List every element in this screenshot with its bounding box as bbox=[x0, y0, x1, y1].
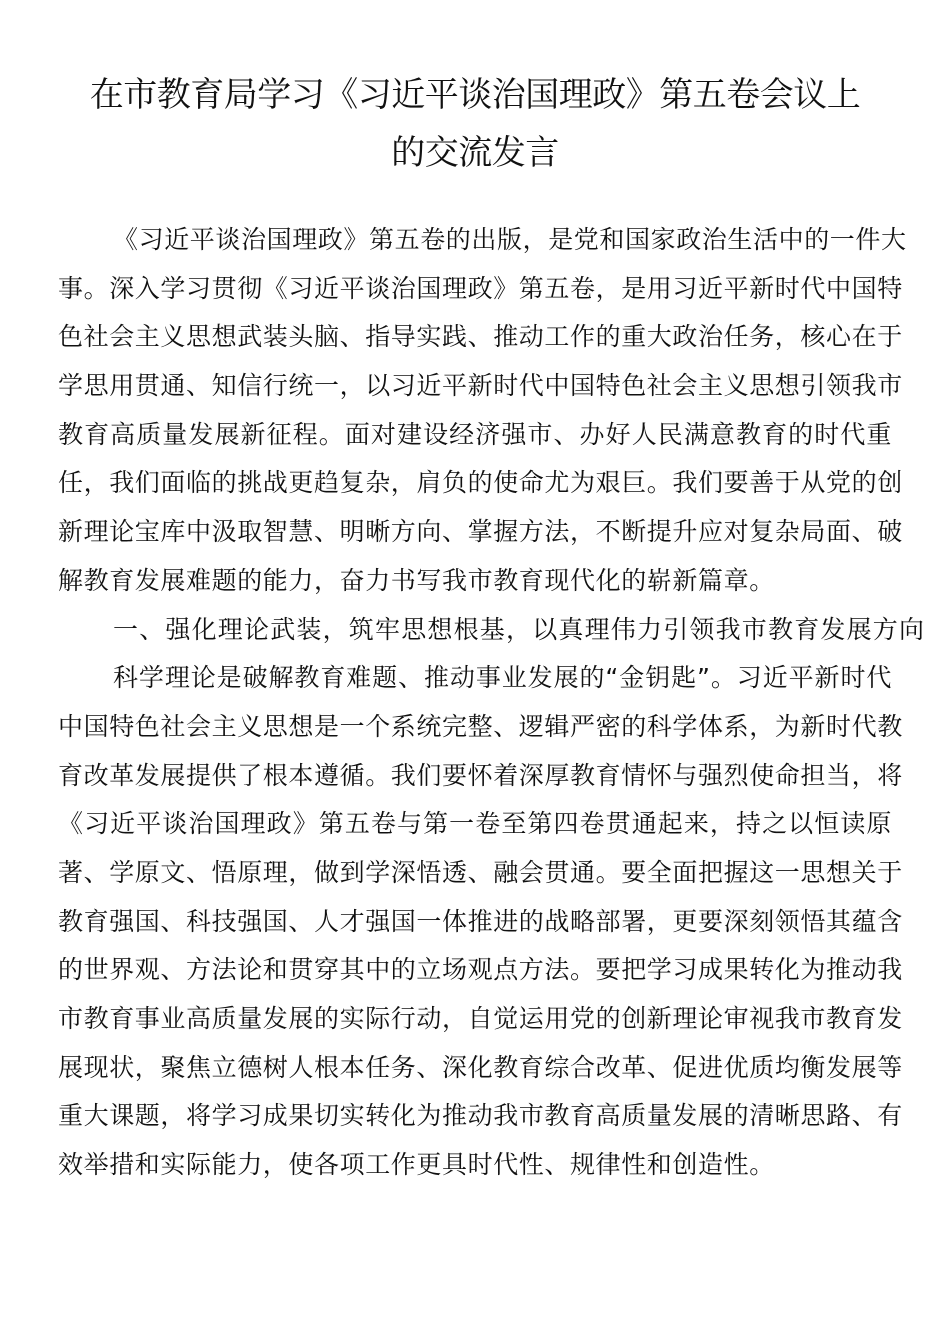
paragraph-line: 学思用贯通、知信行统一，以习近平新时代中国特色社会主义思想引领我市 bbox=[58, 362, 892, 411]
paragraph-line: 解教育发展难题的能力，奋力书写我市教育现代化的崭新篇章。 bbox=[58, 557, 892, 606]
paragraph-line: 中国特色社会主义思想是一个系统完整、逻辑严密的科学体系，为新时代教 bbox=[58, 703, 892, 752]
section-heading-1: 一、强化理论武装，筑牢思想根基，以真理伟力引领我市教育发展方向 bbox=[58, 606, 892, 655]
paragraph-line: 育改革发展提供了根本遵循。我们要怀着深厚教育情怀与强烈使命担当，将 bbox=[58, 752, 892, 801]
paragraph-line: 新理论宝库中汲取智慧、明晰方向、掌握方法，不断提升应对复杂局面、破 bbox=[58, 508, 892, 557]
paragraph-line: 事。深入学习贯彻《习近平谈治国理政》第五卷，是用习近平新时代中国特 bbox=[58, 265, 892, 314]
paragraph-line: 科学理论是破解教育难题、推动事业发展的“金钥匙”。习近平新时代 bbox=[58, 654, 892, 703]
paragraph-line: 《习近平谈治国理政》第五卷与第一卷至第四卷贯通起来，持之以恒读原 bbox=[58, 800, 892, 849]
paragraph-line: 色社会主义思想武装头脑、指导实践、推动工作的重大政治任务，核心在于 bbox=[58, 313, 892, 362]
paragraph-line: 著、学原文、悟原理，做到学深悟透、融会贯通。要全面把握这一思想关于 bbox=[58, 849, 892, 898]
paragraph-intro: 《习近平谈治国理政》第五卷的出版，是党和国家政治生活中的一件大 事。深入学习贯彻… bbox=[58, 216, 892, 606]
paragraph-line: 展现状，聚焦立德树人根本任务、深化教育综合改革、促进优质均衡发展等 bbox=[58, 1044, 892, 1093]
section-heading-text: 一、强化理论武装，筑牢思想根基，以真理伟力引领我市教育发展方向 bbox=[58, 606, 892, 655]
title-line-2: 的交流发言 bbox=[40, 124, 910, 182]
paragraph-line: 效举措和实际能力，使各项工作更具时代性、规律性和创造性。 bbox=[58, 1141, 892, 1190]
paragraph-line: 教育强国、科技强国、人才强国一体推进的战略部署，更要深刻领悟其蕴含 bbox=[58, 898, 892, 947]
paragraph-line: 《习近平谈治国理政》第五卷的出版，是党和国家政治生活中的一件大 bbox=[58, 216, 892, 265]
document-page: 在市教育局学习《习近平谈治国理政》第五卷会议上 的交流发言 《习近平谈治国理政》… bbox=[0, 0, 950, 1344]
paragraph-line: 的世界观、方法论和贯穿其中的立场观点方法。要把学习成果转化为推动我 bbox=[58, 946, 892, 995]
paragraph-line: 任，我们面临的挑战更趋复杂，肩负的使命尤为艰巨。我们要善于从党的创 bbox=[58, 459, 892, 508]
document-title: 在市教育局学习《习近平谈治国理政》第五卷会议上 的交流发言 bbox=[40, 66, 910, 182]
paragraph-line: 市教育事业高质量发展的实际行动，自觉运用党的创新理论审视我市教育发 bbox=[58, 995, 892, 1044]
paragraph-section-1: 科学理论是破解教育难题、推动事业发展的“金钥匙”。习近平新时代 中国特色社会主义… bbox=[58, 654, 892, 1190]
paragraph-line: 教育高质量发展新征程。面对建设经济强市、办好人民满意教育的时代重 bbox=[58, 411, 892, 460]
title-line-1: 在市教育局学习《习近平谈治国理政》第五卷会议上 bbox=[40, 66, 910, 124]
document-body: 《习近平谈治国理政》第五卷的出版，是党和国家政治生活中的一件大 事。深入学习贯彻… bbox=[58, 216, 892, 1190]
paragraph-line: 重大课题，将学习成果切实转化为推动我市教育高质量发展的清晰思路、有 bbox=[58, 1092, 892, 1141]
